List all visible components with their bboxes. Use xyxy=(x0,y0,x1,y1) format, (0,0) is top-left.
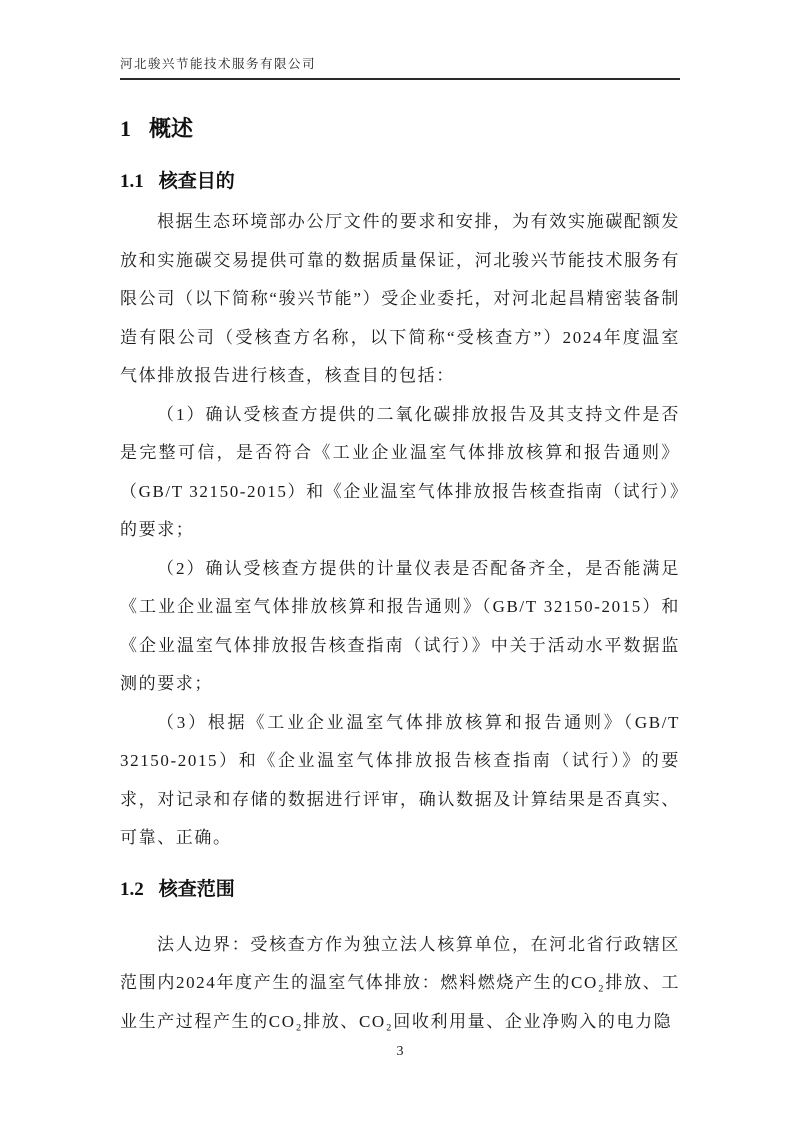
heading-title: 概述 xyxy=(149,116,193,141)
section-heading-scope: 1.2核查范围 xyxy=(120,878,680,902)
paragraph-item-3: （3）根据《工业企业温室气体排放核算和报告通则》（GB/T 32150-2015… xyxy=(120,704,680,858)
section-heading-purpose: 1.1核查目的 xyxy=(120,170,680,194)
heading-title: 核查目的 xyxy=(159,171,235,192)
page-footer: 3 xyxy=(0,1040,800,1064)
heading-number: 1.1 xyxy=(120,171,144,192)
heading-number: 1 xyxy=(120,116,131,141)
header-company-name: 河北骏兴节能技术服务有限公司 xyxy=(120,54,680,74)
paragraph-intro: 根据生态环境部办公厅文件的要求和安排，为有效实施碳配额发放和实施碳交易提供可靠的… xyxy=(120,203,680,396)
paragraph-scope: 法人边界：受核查方作为独立法人核算单位，在河北省行政辖区范围内2024年度产生的… xyxy=(120,926,680,1042)
heading-number: 1.2 xyxy=(120,879,144,900)
paragraph-item-1: （1）确认受核查方提供的二氧化碳排放报告及其支持文件是否是完整可信，是否符合《工… xyxy=(120,396,680,550)
content-column: 河北骏兴节能技术服务有限公司 1概述 1.1核查目的 根据生态环境部办公厅文件的… xyxy=(120,0,680,1041)
document-page: 河北骏兴节能技术服务有限公司 1概述 1.1核查目的 根据生态环境部办公厅文件的… xyxy=(0,0,800,1131)
heading-title: 核查范围 xyxy=(159,879,235,900)
paragraph-item-2: （2）确认受核查方提供的计量仪表是否配备齐全，是否能满足《工业企业温室气体排放核… xyxy=(120,550,680,704)
page-number: 3 xyxy=(397,1044,404,1059)
page-header: 河北骏兴节能技术服务有限公司 xyxy=(120,0,680,80)
header-rule xyxy=(120,78,680,80)
section-heading-overview: 1概述 xyxy=(120,116,680,142)
